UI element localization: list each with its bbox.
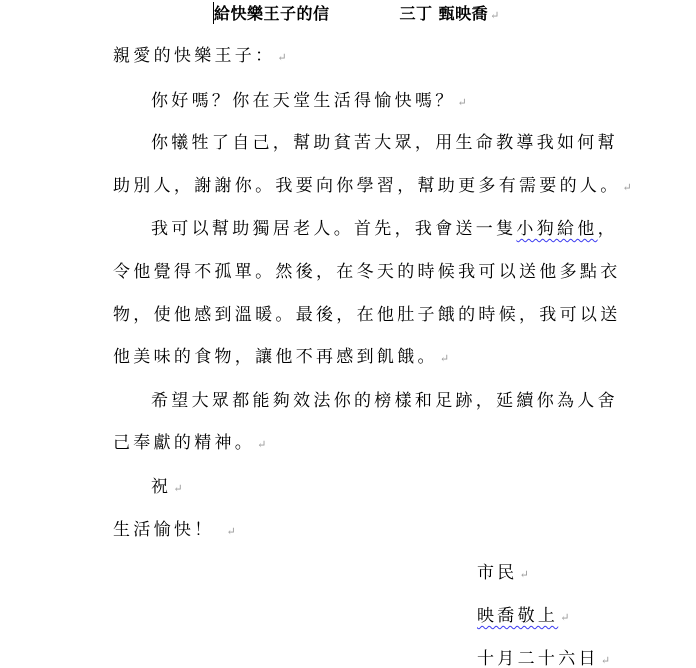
body-line: 物，使他感到溫暖。最後，在他肚子餓的時候，我可以送 xyxy=(113,305,621,325)
signature-date: 十月二十六日↵ xyxy=(477,649,610,668)
paragraph-mark-icon: ↵ xyxy=(227,525,236,538)
paragraph-mark-icon: ↵ xyxy=(257,438,266,451)
paragraph-mark-icon: ↵ xyxy=(560,611,569,624)
body-line: 希望大眾都能夠效法你的榜樣和足跡，延續你為人舍 xyxy=(151,391,618,411)
body-line: 己奉獻的精神。↵ xyxy=(113,433,266,455)
body-line: 你好嗎？你在天堂生活得愉快嗎？↵ xyxy=(151,91,467,113)
paragraph-mark-icon: ↵ xyxy=(277,51,286,64)
signature-sender: 市民↵ xyxy=(477,563,529,585)
body-line: 令他覺得不孤單。然後，在冬天的時候我可以送他多點衣 xyxy=(113,262,621,282)
body-line: 我可以幫助獨居老人。首先，我會送一隻小狗給他， xyxy=(151,219,618,239)
paragraph-mark-icon: ↵ xyxy=(623,181,632,194)
wish: 生活愉快！↵ xyxy=(113,520,236,542)
body-line: 他美味的食物，讓他不再感到飢餓。↵ xyxy=(113,347,449,369)
paragraph-mark-icon: ↵ xyxy=(490,9,499,22)
salutation: 親愛的快樂王子：↵ xyxy=(113,46,287,68)
paragraph-mark-icon: ↵ xyxy=(173,482,182,495)
paragraph-mark-icon: ↵ xyxy=(440,352,449,365)
closing: 祝↵ xyxy=(151,477,183,499)
signature-name: 映喬敬上↵ xyxy=(477,606,569,628)
body-line: 你犧牲了自己，幫助貧苦大眾，用生命教導我如何幫 xyxy=(151,133,618,153)
paragraph-mark-icon: ↵ xyxy=(458,96,467,109)
spelling-squiggle[interactable]: 映喬敬上 xyxy=(477,606,558,626)
document-title-line: 給快樂王子的信三丁 甄映喬↵ xyxy=(214,4,499,26)
paragraph-mark-icon: ↵ xyxy=(601,654,610,667)
spelling-squiggle[interactable]: 小狗給他 xyxy=(516,219,597,239)
paragraph-mark-icon: ↵ xyxy=(520,568,529,581)
body-line: 助別人，謝謝你。我要向你學習，幫助更多有需要的人。↵ xyxy=(113,176,632,198)
author-name: 三丁 甄映喬 xyxy=(400,4,489,23)
document-title: 給快樂王子的信 xyxy=(214,4,330,23)
